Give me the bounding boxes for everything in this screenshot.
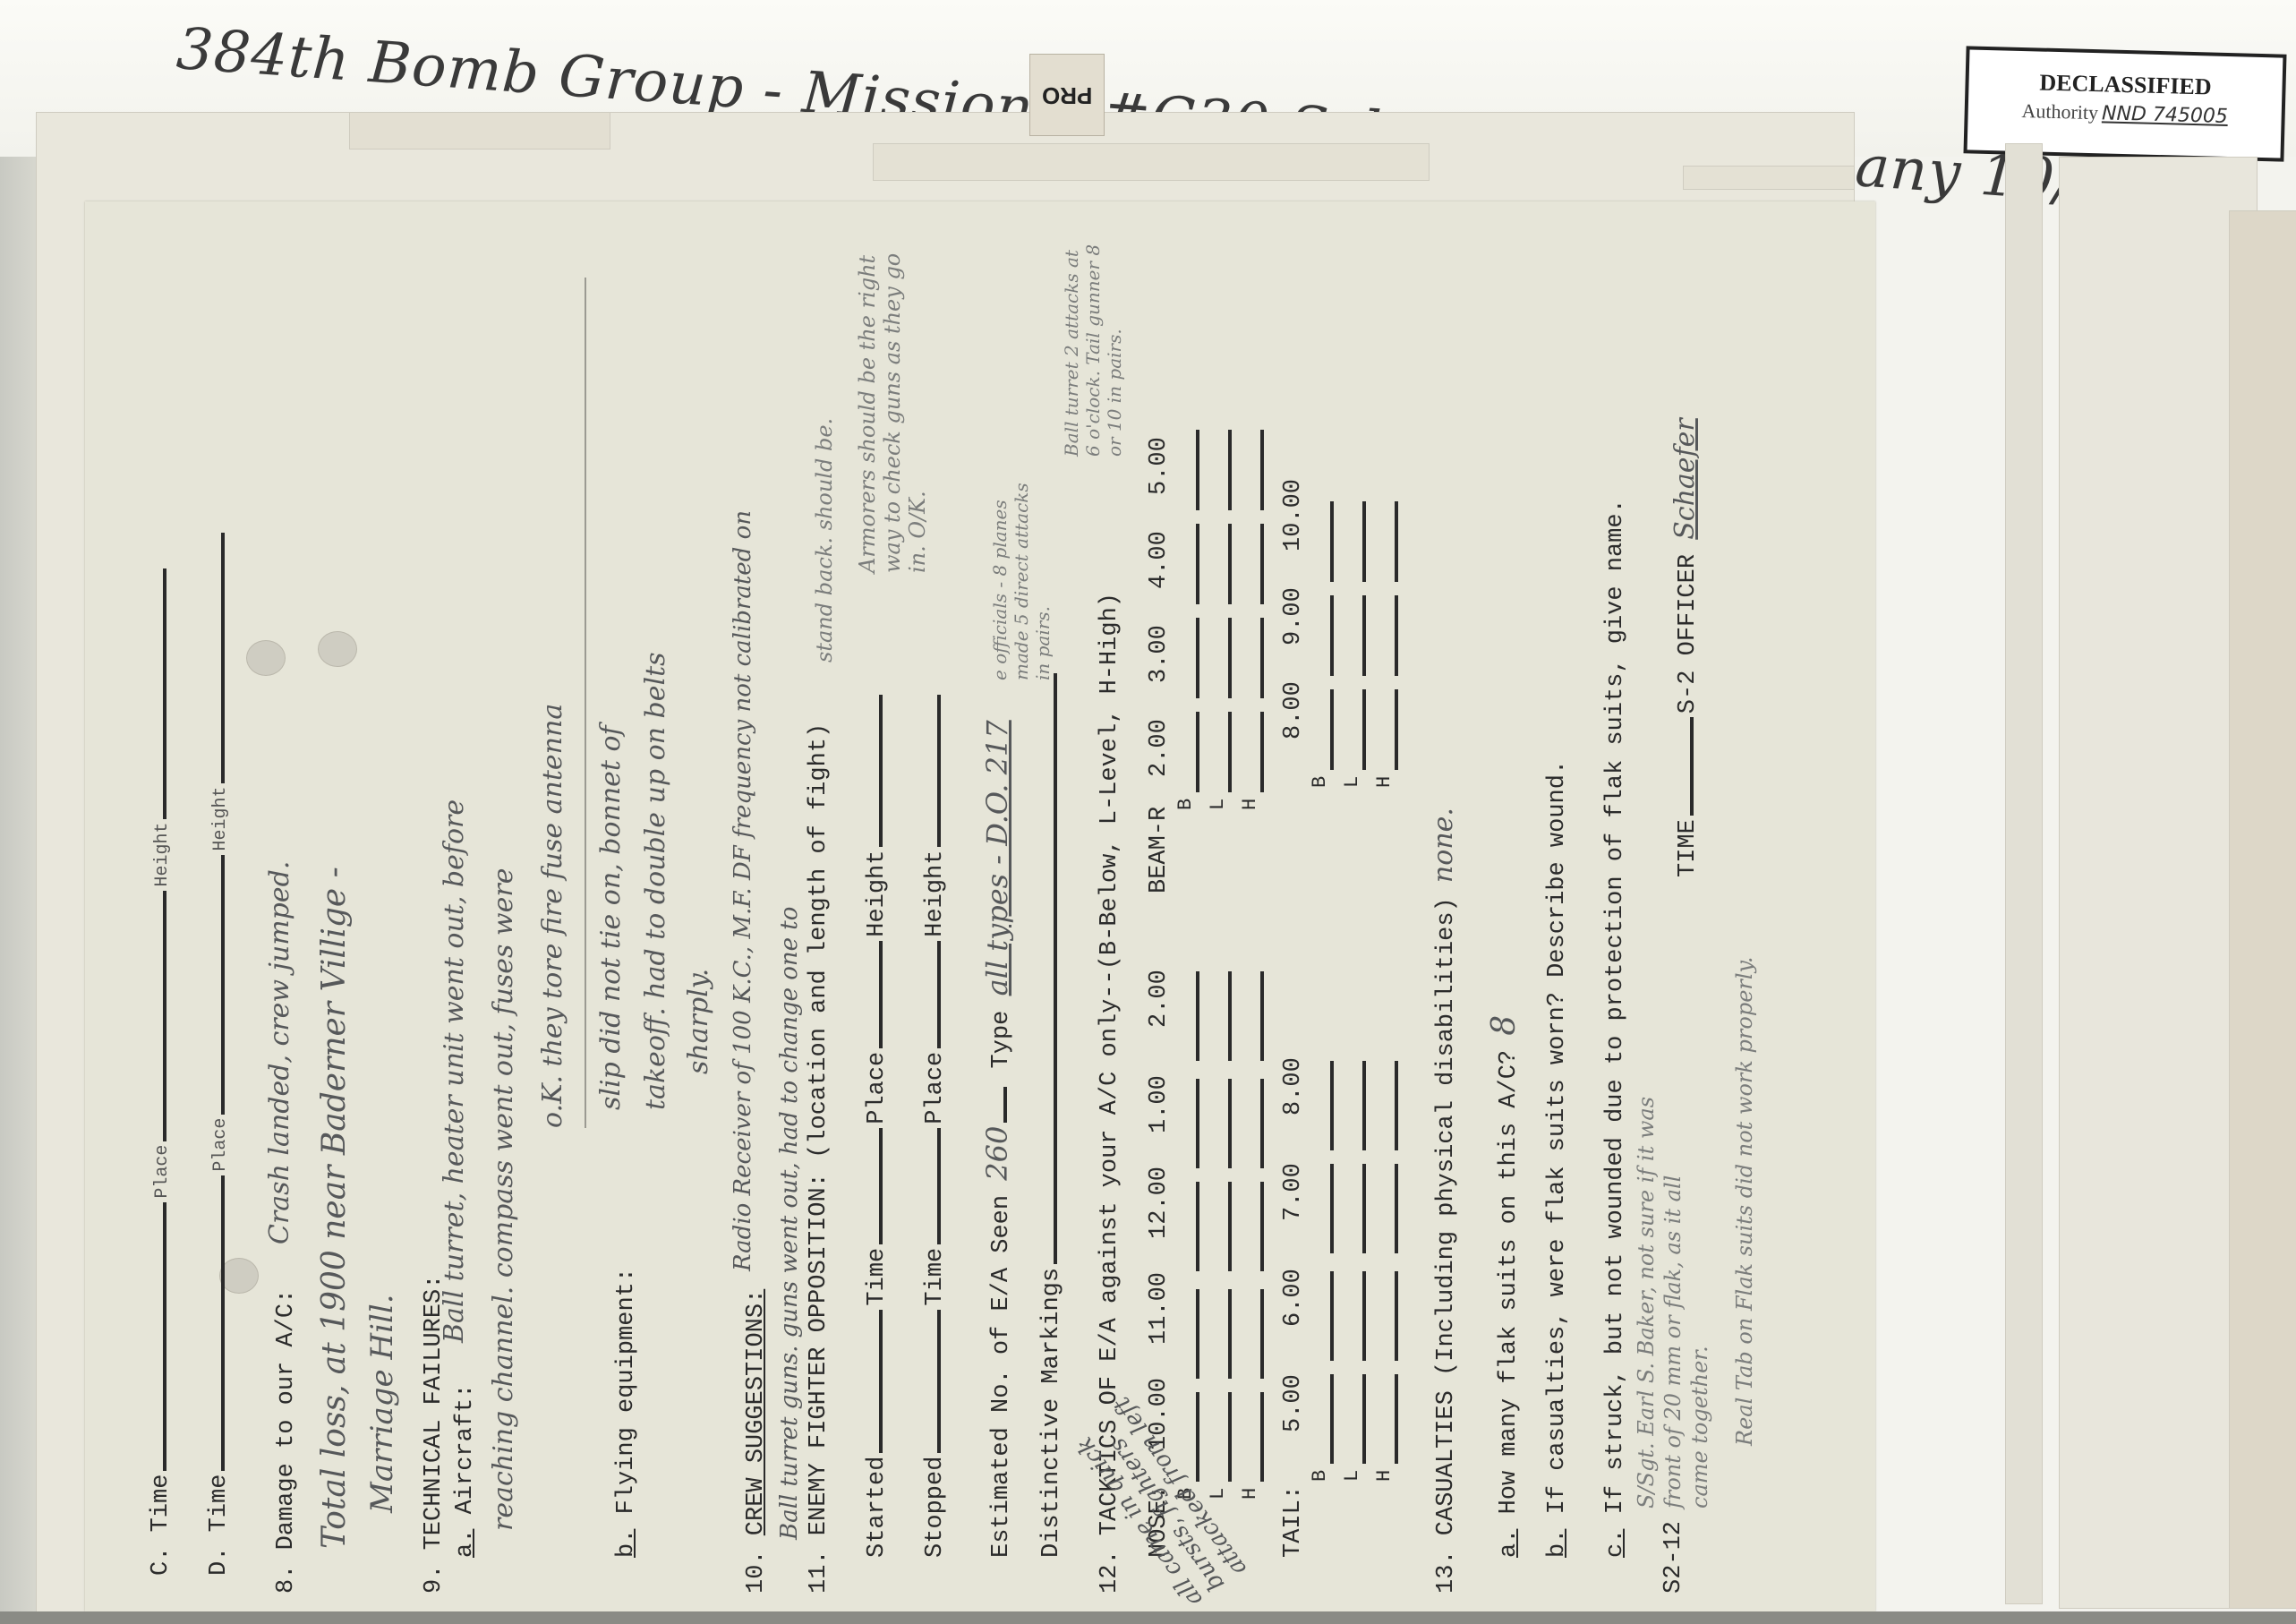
table-edge [0, 1611, 2296, 1624]
nose-tactics-grid: B B L [1173, 246, 1269, 1500]
tactic-field[interactable] [1228, 1079, 1232, 1168]
tactic-field[interactable] [1362, 501, 1366, 582]
paper-stack-right-3 [2229, 210, 2296, 1609]
tactic-field[interactable] [1228, 618, 1232, 698]
level-label-l: L [1341, 776, 1363, 788]
tactic-field[interactable] [1395, 1061, 1398, 1150]
handwritten-separator-line [585, 278, 586, 1128]
nose-hour: 2.00 [1146, 893, 1173, 1028]
item-d-height-field[interactable] [221, 533, 225, 783]
item-d-time-field[interactable] [221, 1175, 225, 1471]
time-label: TIME [1675, 819, 1702, 877]
tactic-field[interactable] [1395, 595, 1398, 676]
tactic-field[interactable] [1362, 1061, 1366, 1150]
item-9a-handwritten-1: Ball turret, heater unit went out, befor… [439, 799, 470, 1343]
item-10-row: 10. CREW SUGGESTIONS: [743, 1289, 770, 1594]
level-label-l: L [1207, 799, 1229, 810]
item-10-number: 10. [743, 1550, 770, 1594]
officer-label: S-2 OFFICER [1675, 554, 1702, 714]
beam-hour: 2.00 [1146, 683, 1173, 777]
stopped-field[interactable] [937, 1310, 941, 1453]
item-13c-handwritten-1: S/Sgt. Earl S. Baker, not sure if it was [1634, 1097, 1659, 1509]
level-label-l: L [1207, 1488, 1229, 1500]
item-d-place-field[interactable] [221, 855, 225, 1115]
item-8-handwritten-3: Marriage Hill. [364, 1294, 400, 1513]
tail-row-level: L L [1339, 228, 1371, 1482]
beam-hour: 3.00 [1146, 589, 1173, 683]
item-13a-row: a. How many flak suits on this A/C? 8 [1486, 1015, 1523, 1558]
started-place-label: Place [864, 1052, 891, 1124]
tactic-field[interactable] [1395, 689, 1398, 770]
tactic-field[interactable] [1330, 689, 1334, 770]
tactic-field[interactable] [1228, 1182, 1232, 1271]
pro-tab: PRO [1029, 54, 1105, 136]
estimated-label: Estimated No. of E/A Seen [988, 1195, 1015, 1558]
tactic-field[interactable] [1395, 501, 1398, 582]
level-label-h: H [1373, 776, 1396, 788]
tail-row-high: H H [1371, 228, 1404, 1482]
item-10-handwritten-2: Ball turret guns. guns went out, had to … [776, 907, 803, 1540]
tactic-field[interactable] [1260, 524, 1264, 604]
tactic-field[interactable] [1362, 1164, 1366, 1253]
item-13-row: 13. CASUALTIES (Including physical disab… [1428, 808, 1460, 1594]
tactic-field[interactable] [1228, 430, 1232, 510]
tactic-field[interactable] [1196, 618, 1199, 698]
nose-row-below: B B [1173, 246, 1205, 1500]
nose-row-high: H H [1237, 246, 1269, 1500]
tactic-field[interactable] [1330, 1374, 1334, 1464]
started-label: Started [864, 1457, 891, 1558]
level-label-h: H [1239, 799, 1261, 810]
tactic-field[interactable] [1228, 971, 1232, 1061]
tactic-field[interactable] [1260, 1289, 1264, 1379]
item-13c-text: If struck, but not wounded due to protec… [1602, 499, 1629, 1514]
form-rotated-content: C. TimePlaceHeight D. TimePlaceHeight 8.… [85, 201, 1875, 1611]
tail-hour: 7.00 [1280, 1115, 1307, 1221]
item-9b-handwritten-2: takeoff. had to double up on belts [640, 652, 671, 1110]
item-11-row: 11. ENEMY FIGHTER OPPOSITION: (location … [806, 723, 832, 1594]
item-8-handwritten-1: Crash landed, crew jumped. [264, 861, 295, 1244]
stamp-authority: AuthorityNND 745005 [1967, 98, 2282, 129]
markings-note: e officials - 8 planes made 5 direct att… [989, 474, 1054, 680]
item-10-handwritten-3: stand back. should be. [812, 418, 837, 662]
tactic-field[interactable] [1260, 1182, 1264, 1271]
item-d-place-label: Place [210, 1118, 231, 1172]
tactic-field[interactable] [1362, 1374, 1366, 1464]
tactic-field[interactable] [1260, 1079, 1264, 1168]
item-9-number: 9. [421, 1565, 448, 1594]
item-c-place-field[interactable] [163, 891, 166, 1141]
item-11-heading: ENEMY FIGHTER OPPOSITION: [806, 1173, 832, 1535]
item-9b-handwritten-1: slip did not tie on, bonnet of [595, 725, 627, 1110]
time-field[interactable] [1690, 717, 1694, 816]
item-c-place-label: Place [152, 1145, 173, 1199]
item-9b-handwritten-3: sharply. [683, 969, 714, 1074]
started-time-field[interactable] [879, 1128, 883, 1244]
type-value: all types - D.O. 217 [980, 720, 1014, 996]
paper-tab-3 [1683, 166, 1855, 190]
tail-hour: 9.00 [1280, 551, 1307, 645]
tactic-field[interactable] [1362, 689, 1366, 770]
item-c-label: C. [148, 1547, 175, 1576]
tactic-field[interactable] [1330, 1164, 1334, 1253]
nose-row-level: L L [1205, 246, 1237, 1500]
item-12-number: 12. [1097, 1550, 1123, 1594]
item-8-label: Damage to our A/C: [273, 1289, 300, 1551]
tactic-field[interactable] [1395, 1164, 1398, 1253]
tactic-field[interactable] [1228, 712, 1232, 792]
authority-label: Authority [2021, 99, 2098, 124]
item-13-answer: none. [1428, 808, 1459, 883]
item-c-row: C. TimePlaceHeight [148, 565, 175, 1576]
item-11-subheading: (location and length of fight) [806, 723, 832, 1158]
beam-label: BEAM-R [1146, 777, 1173, 893]
item-13b-text: If casualties, were flak suits worn? Des… [1544, 760, 1571, 1515]
tail-hour: 8.00 [1280, 645, 1307, 739]
item-9b-text: Flying equipment: [613, 1268, 640, 1514]
tactic-field[interactable] [1196, 1392, 1199, 1482]
tactic-field[interactable] [1196, 971, 1199, 1061]
tactic-field[interactable] [1228, 1289, 1232, 1379]
item-8-handwritten-2: Total loss, at 1900 near Baderner Villig… [316, 867, 353, 1549]
beam-hour: 5.00 [1146, 401, 1173, 495]
form-id: S2-12 [1660, 1521, 1687, 1594]
item-c-time-label: Time [148, 1474, 175, 1533]
item-9b-label: b. [613, 1529, 640, 1558]
item-13c-handwritten-3: came together. [1687, 1346, 1712, 1509]
item-10-handwritten-1: Radio Receiver of 100 K.C., M.F. DF freq… [730, 510, 756, 1271]
authority-value: NND 745005 [2102, 102, 2228, 128]
tail-row-below: B B [1307, 228, 1339, 1482]
paper-stack-right-1 [2005, 143, 2043, 1604]
item-d-height-label: Height [210, 787, 231, 851]
started-height-field[interactable] [879, 695, 883, 847]
started-time-label: Time [864, 1248, 891, 1306]
item-9b-row: b. Flying equipment: [613, 1268, 640, 1558]
mission-report-sheet: C. TimePlaceHeight D. TimePlaceHeight 8.… [85, 201, 1875, 1611]
started-place-field[interactable] [879, 941, 883, 1048]
tactic-field[interactable] [1330, 595, 1334, 676]
tactic-field[interactable] [1330, 1061, 1334, 1150]
item-d-row: D. TimePlaceHeight [206, 529, 233, 1576]
tactic-field[interactable] [1260, 712, 1264, 792]
tactic-field[interactable] [1228, 1392, 1232, 1482]
item-13-heading: CASUALTIES (Including physical disabilit… [1433, 897, 1460, 1535]
item-8-number: 8. [273, 1565, 300, 1594]
level-label-h: H [1239, 1488, 1261, 1500]
level-label-b: B [1174, 799, 1197, 810]
item-13c-row: c. If struck, but not wounded due to pro… [1602, 499, 1629, 1558]
tail-hours-row: TAIL:5.006.007.008.008.009.0010.00 [1280, 457, 1307, 1558]
tail-hour: 5.00 [1280, 1327, 1307, 1432]
item-13a-label: a. [1496, 1529, 1523, 1558]
item-13b-row: b. If casualties, were flak suits worn? … [1544, 760, 1571, 1558]
item-13c-handwritten-4: Real Tab on Flak suits did not work prop… [1732, 956, 1757, 1446]
tactic-field[interactable] [1362, 1271, 1366, 1361]
markings-field[interactable] [1054, 673, 1057, 1264]
tactic-field[interactable] [1330, 501, 1334, 582]
item-10-heading: CREW SUGGESTIONS: [743, 1289, 770, 1535]
stopped-place-field[interactable] [937, 941, 941, 1048]
stamp-heading: DECLASSIFIED [1968, 67, 2283, 102]
tactic-field[interactable] [1362, 595, 1366, 676]
tactic-field[interactable] [1260, 618, 1264, 698]
started-height-label: Height [864, 850, 891, 937]
pro-tab-label: PRO [1042, 81, 1092, 109]
stopped-place-label: Place [922, 1052, 949, 1124]
item-9a-label: a. [452, 1529, 479, 1558]
paper-tab-2 [873, 143, 1430, 181]
nose-hour: 1.00 [1146, 1028, 1173, 1133]
paper-tab-1 [349, 112, 610, 150]
footer-row: TIMES-2 OFFICER Schaefer [1669, 418, 1702, 877]
item-c-height-label: Height [152, 823, 173, 887]
item-13a-text: How many flak suits on this A/C? [1496, 1050, 1523, 1514]
item-10-armorer-note: Armorers should be the right way to chec… [855, 233, 930, 573]
item-9a-handwritten-3: o.K. they tore fire fuse antenna [537, 704, 568, 1128]
item-d-label: D. [206, 1547, 233, 1576]
stopped-time-label: Time [922, 1248, 949, 1306]
item-c-time-field[interactable] [163, 1202, 166, 1471]
item-13b-label: b. [1544, 1529, 1571, 1558]
tactic-field[interactable] [1228, 524, 1232, 604]
level-label-l: L [1341, 1470, 1363, 1482]
tail-hour: 8.00 [1280, 739, 1307, 1115]
tail-label: TAIL: [1280, 1432, 1307, 1558]
stopped-label: Stopped [922, 1457, 949, 1558]
tactic-field[interactable] [1395, 1271, 1398, 1361]
estimated-field[interactable] [1003, 1087, 1007, 1123]
item-9a-text: Aircraft: [452, 1384, 479, 1515]
stopped-time-field[interactable] [937, 1128, 941, 1244]
tactic-field[interactable] [1395, 1374, 1398, 1464]
item-13c-label: c. [1602, 1529, 1629, 1558]
tactic-field[interactable] [1196, 712, 1199, 792]
tactic-field[interactable] [1330, 1271, 1334, 1361]
item-12-side-note: Ball turret 2 attacks at 6 o'clock. Tail… [1061, 233, 1125, 457]
stopped-height-label: Height [922, 850, 949, 937]
item-9a-handwritten-2: reaching channel. compass went out, fuse… [488, 868, 519, 1531]
tail-tactics-grid: B B L L [1307, 228, 1404, 1482]
stopped-row: StoppedTimePlaceHeight [922, 691, 949, 1558]
level-label-b: B [1309, 776, 1331, 788]
tactic-field[interactable] [1196, 1182, 1199, 1271]
level-label-b: B [1309, 1470, 1331, 1482]
nose-hours-row: NOSE:10.0011.0012.001.002.00BEAM-R2.003.… [1146, 401, 1173, 1558]
interrogation-form: C. TimePlaceHeight D. TimePlaceHeight 8.… [85, 201, 1875, 1611]
stopped-height-field[interactable] [937, 695, 941, 847]
item-c-height-field[interactable] [163, 568, 166, 819]
tail-hour: 10.00 [1280, 457, 1307, 551]
nose-hour: 12.00 [1146, 1133, 1173, 1239]
tactic-field[interactable] [1260, 430, 1264, 510]
beam-hour: 4.00 [1146, 495, 1173, 589]
tactic-field[interactable] [1260, 971, 1264, 1061]
item-d-time-label: Time [206, 1474, 233, 1533]
item-11-number: 11. [806, 1550, 832, 1594]
item-13-number: 13. [1433, 1550, 1460, 1594]
item-9a-row: a. Aircraft: [452, 1384, 479, 1558]
item-13c-handwritten-2: front of 20 mm or flak, as it all [1660, 1175, 1686, 1509]
tactic-field[interactable] [1196, 1079, 1199, 1168]
tail-hour: 6.00 [1280, 1221, 1307, 1327]
started-row: StartedTimePlaceHeight [864, 691, 891, 1558]
estimated-row: Estimated No. of E/A Seen 260 Type all t… [980, 720, 1015, 1558]
nose-hour: 11.00 [1146, 1239, 1173, 1345]
type-label: Type [988, 1011, 1015, 1069]
started-field[interactable] [879, 1310, 883, 1453]
item-8-row: 8. Damage to our A/C: [273, 1289, 300, 1594]
tactic-field[interactable] [1196, 430, 1199, 510]
officer-signature: Schaefer [1669, 418, 1701, 540]
item-13a-answer: 8 [1486, 1015, 1523, 1036]
estimated-value: 260 [980, 1126, 1014, 1181]
tactic-field[interactable] [1260, 1392, 1264, 1482]
tactic-field[interactable] [1196, 524, 1199, 604]
level-label-h: H [1373, 1470, 1396, 1482]
paper-stack-right-2 [2059, 157, 2258, 1609]
tactic-field[interactable] [1196, 1289, 1199, 1379]
